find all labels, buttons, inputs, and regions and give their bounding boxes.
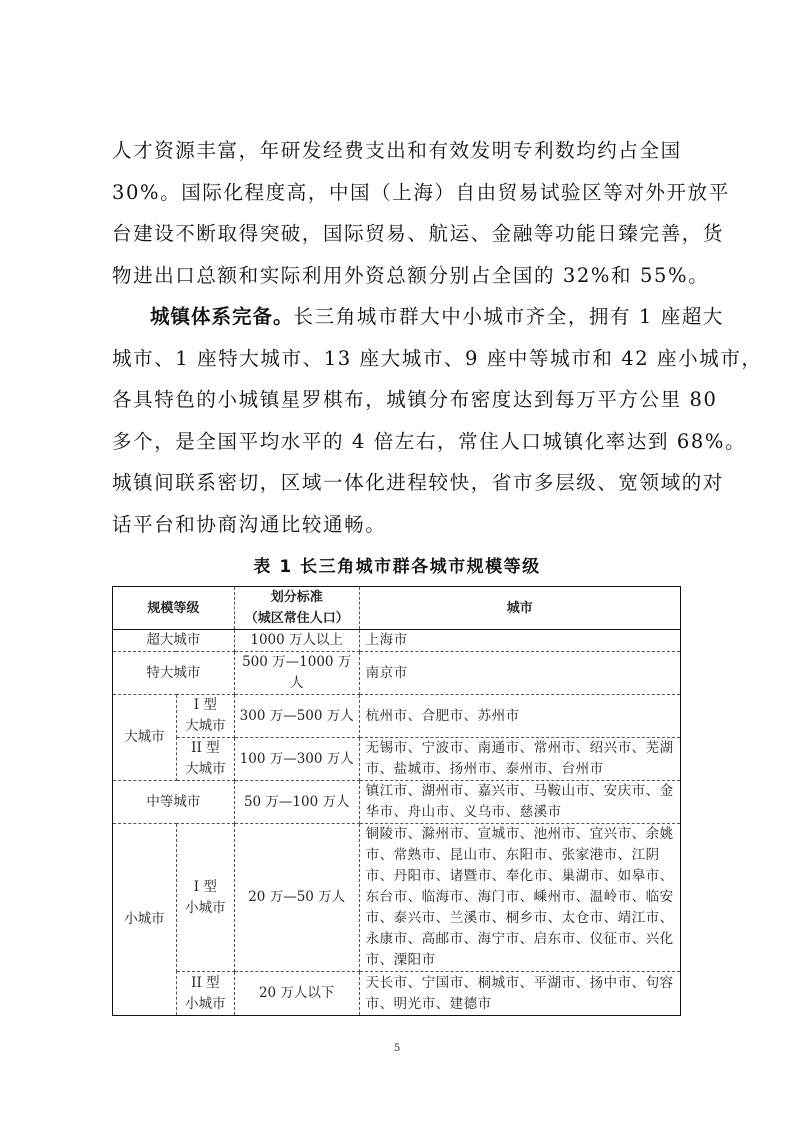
paragraph-line: 物进出口总额和实际利用外资总额分别占全国的 32%和 55%。 (112, 255, 684, 297)
cell-subtype: II 型 小城市 (176, 972, 234, 1016)
paragraph-line: 城市、1 座特大城市、13 座大城市、9 座中等城市和 42 座小城市， (112, 338, 684, 380)
cell-level: 超大城市 (113, 630, 235, 652)
paragraph-line: 30%。国际化程度高，中国（上海）自由贸易试验区等对外开放平 (112, 172, 684, 214)
paragraph-urban-system: 城镇体系完备。长三角城市群大中小城市齐全，拥有 1 座超大 城市、1 座特大城市… (112, 296, 684, 545)
cell-cities: 铜陵市、滁州市、宣城市、池州市、宜兴市、余姚市、常熟市、昆山市、东阳市、张家港市… (359, 824, 680, 972)
cell-criteria: 300 万—500 万人 (234, 695, 359, 738)
header-criteria-line1: 划分标准 (239, 587, 355, 608)
table-row: 大城市 I 型 大城市 300 万—500 万人 杭州市、合肥市、苏州市 (113, 695, 681, 738)
cell-criteria: 50 万—100 万人 (234, 781, 359, 824)
table-header-row: 规模等级 划分标准 （城区常住人口） 城市 (113, 587, 681, 630)
cell-criteria: 500 万—1000 万人 (234, 652, 359, 695)
table-row: II 型 大城市 100 万—300 万人 无锡市、宁波市、南通市、常州市、绍兴… (113, 738, 681, 781)
cell-cities: 无锡市、宁波市、南通市、常州市、绍兴市、芜湖市、盐城市、扬州市、泰州市、台州市 (359, 738, 680, 781)
paragraph-line: 长三角城市群大中小城市齐全，拥有 1 座超大 (294, 305, 725, 328)
city-scale-table: 规模等级 划分标准 （城区常住人口） 城市 超大城市 1000 万人以上 上海市… (112, 586, 681, 1016)
cell-cities: 上海市 (359, 630, 680, 652)
cell-cities: 南京市 (359, 652, 680, 695)
document-page: 人才资源丰富，年研发经费支出和有效发明专利数均约占全国 30%。国际化程度高，中… (0, 0, 794, 1123)
cell-criteria: 1000 万人以上 (234, 630, 359, 652)
subtype-line2: 小城市 (181, 994, 230, 1015)
cell-criteria: 20 万—50 万人 (234, 824, 359, 972)
paragraph-line: 多个，是全国平均水平的 4 倍左右，常住人口城镇化率达到 68%。 (112, 421, 684, 463)
header-criteria-line2: （城区常住人口） (239, 608, 355, 629)
subtype-line2: 大城市 (181, 716, 230, 737)
paragraph-line: 城镇间联系密切，区域一体化进程较快，省市多层级、宽领域的对 (112, 462, 684, 504)
cell-subtype: I 型 小城市 (176, 824, 234, 972)
table-row: 超大城市 1000 万人以上 上海市 (113, 630, 681, 652)
paragraph-line: 话平台和协商沟通比较通畅。 (112, 504, 684, 546)
paragraph-line: 人才资源丰富，年研发经费支出和有效发明专利数均约占全国 (112, 130, 684, 172)
page-number: 5 (0, 1043, 794, 1054)
paragraph-line: 台建设不断取得突破，国际贸易、航运、金融等功能日臻完善，货 (112, 213, 684, 255)
cell-subtype: I 型 大城市 (176, 695, 234, 738)
table-row: 小城市 I 型 小城市 20 万—50 万人 铜陵市、滁州市、宣城市、池州市、宜… (113, 824, 681, 972)
subtype-line1: I 型 (181, 695, 230, 716)
cell-cities: 杭州市、合肥市、苏州市 (359, 695, 680, 738)
header-level: 规模等级 (113, 587, 235, 630)
cell-cities: 镇江市、湖州市、嘉兴市、马鞍山市、安庆市、金华市、舟山市、义乌市、慈溪市 (359, 781, 680, 824)
header-criteria: 划分标准 （城区常住人口） (234, 587, 359, 630)
cell-level: 大城市 (113, 695, 177, 781)
cell-level: 小城市 (113, 824, 177, 1016)
cell-subtype: II 型 大城市 (176, 738, 234, 781)
cell-level: 中等城市 (113, 781, 235, 824)
subtype-line1: I 型 (181, 877, 230, 898)
subtype-line1: II 型 (181, 973, 230, 994)
paragraph-lead-heading: 城镇体系完备。 (150, 305, 294, 328)
subtype-line2: 小城市 (181, 898, 230, 919)
header-cities: 城市 (359, 587, 680, 630)
table-row: 中等城市 50 万—100 万人 镇江市、湖州市、嘉兴市、马鞍山市、安庆市、金华… (113, 781, 681, 824)
subtype-line1: II 型 (181, 738, 230, 759)
table-caption: 表 1 长三角城市群各城市规模等级 (0, 552, 794, 577)
paragraph-innovation: 人才资源丰富，年研发经费支出和有效发明专利数均约占全国 30%。国际化程度高，中… (112, 130, 684, 296)
cell-cities: 天长市、宁国市、桐城市、平湖市、扬中市、句容市、明光市、建德市 (359, 972, 680, 1016)
table-row: 特大城市 500 万—1000 万人 南京市 (113, 652, 681, 695)
paragraph-line: 各具特色的小城镇星罗棋布，城镇分布密度达到每万平方公里 80 (112, 379, 684, 421)
table-row: II 型 小城市 20 万人以下 天长市、宁国市、桐城市、平湖市、扬中市、句容市… (113, 972, 681, 1016)
cell-level: 特大城市 (113, 652, 235, 695)
subtype-line2: 大城市 (181, 759, 230, 780)
cell-criteria: 100 万—300 万人 (234, 738, 359, 781)
cell-criteria: 20 万人以下 (234, 972, 359, 1016)
